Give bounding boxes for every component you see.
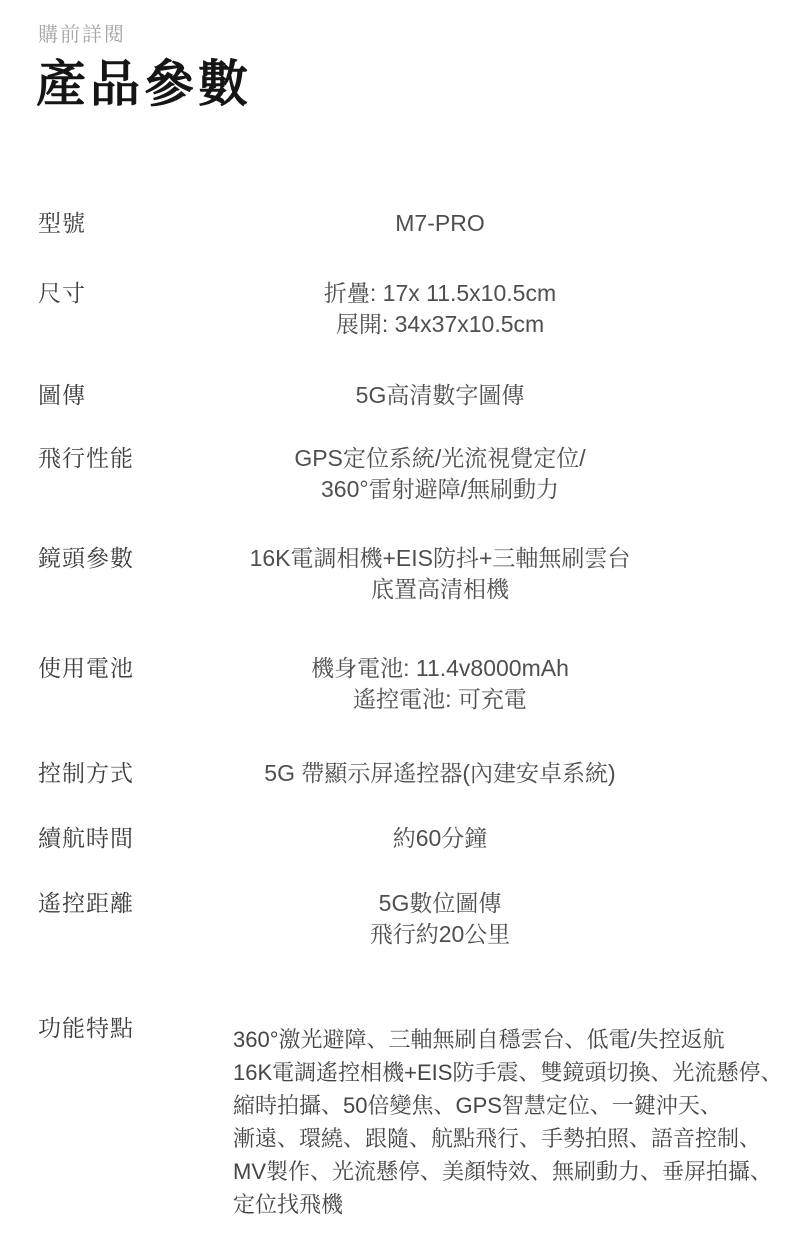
spec-row-control: 控制方式 5G 帶顯示屏遙控器(內建安卓系統) (38, 758, 720, 789)
spec-value: 約60分鐘 (160, 823, 720, 854)
spec-value-line: 約60分鐘 (160, 823, 720, 854)
spec-value: 機身電池: 11.4v8000mAh 遙控電池: 可充電 (160, 653, 720, 715)
spec-row-dimensions: 尺寸 折疊: 17x 11.5x10.5cm 展開: 34x37x10.5cm (38, 278, 720, 340)
spec-label: 鏡頭參數 (38, 543, 160, 574)
spec-value-line: M7-PRO (160, 208, 720, 239)
spec-value-line: 機身電池: 11.4v8000mAh (160, 653, 720, 684)
spec-value: 折疊: 17x 11.5x10.5cm 展開: 34x37x10.5cm (160, 278, 720, 340)
spec-label: 尺寸 (38, 278, 160, 309)
spec-row-flight-performance: 飛行性能 GPS定位系統/光流視覺定位/ 360°雷射避障/無刷動力 (38, 443, 720, 505)
spec-label: 圖傳 (38, 380, 160, 411)
spec-label: 功能特點 (38, 1013, 160, 1044)
spec-value-line: 5G高清數字圖傳 (160, 380, 720, 411)
spec-row-endurance: 續航時間 約60分鐘 (38, 823, 720, 854)
spec-value-line: 5G 帶顯示屏遙控器(內建安卓系統) (160, 758, 720, 789)
spec-value: 5G數位圖傳 飛行約20公里 (160, 888, 720, 950)
spec-value: 5G 帶顯示屏遙控器(內建安卓系統) (160, 758, 720, 789)
features-line: 16K電調遙控相機+EIS防手震、雙鏡頭切換、光流懸停、 (233, 1056, 782, 1089)
spec-row-model: 型號 M7-PRO (38, 208, 720, 239)
features-line: 漸遠、環繞、跟隨、航點飛行、手勢拍照、語音控制、 (233, 1122, 782, 1155)
product-spec-page: 購前詳閱 產品參數 型號 M7-PRO 尺寸 折疊: 17x 11.5x10.5… (0, 0, 790, 1256)
spec-value: 16K電調相機+EIS防抖+三軸無刷雲台 底置高清相機 (160, 543, 720, 605)
spec-label: 控制方式 (38, 758, 160, 789)
spec-value-line: 底置高清相機 (160, 574, 720, 605)
spec-value-line: 折疊: 17x 11.5x10.5cm (160, 278, 720, 309)
spec-value-line: 飛行約20公里 (160, 919, 720, 950)
spec-row-range: 遙控距離 5G數位圖傳 飛行約20公里 (38, 888, 720, 950)
spec-label: 型號 (38, 208, 160, 239)
features-line: MV製作、光流懸停、美顏特效、無刷動力、垂屏拍攝、 (233, 1155, 782, 1188)
spec-label: 使用電池 (38, 653, 160, 684)
spec-row-camera: 鏡頭參數 16K電調相機+EIS防抖+三軸無刷雲台 底置高清相機 (38, 543, 720, 605)
spec-label: 飛行性能 (38, 443, 160, 474)
features-line: 縮時拍攝、50倍變焦、GPS智慧定位、一鍵沖天、 (233, 1089, 782, 1122)
spec-value-line: GPS定位系統/光流視覺定位/ (160, 443, 720, 474)
spec-value-line: 360°雷射避障/無刷動力 (160, 474, 720, 505)
spec-value: GPS定位系統/光流視覺定位/ 360°雷射避障/無刷動力 (160, 443, 720, 505)
spec-label: 遙控距離 (38, 888, 160, 919)
features-line: 360°激光避障、三軸無刷自穩雲台、低電/失控返航 (233, 1023, 782, 1056)
spec-value-line: 16K電調相機+EIS防抖+三軸無刷雲台 (160, 543, 720, 574)
spec-value-line: 遙控電池: 可充電 (160, 684, 720, 715)
spec-value: M7-PRO (160, 208, 720, 239)
spec-value-line: 5G數位圖傳 (160, 888, 720, 919)
spec-row-transmission: 圖傳 5G高清數字圖傳 (38, 380, 720, 411)
pre-title: 購前詳閱 (38, 22, 126, 48)
features-line: 定位找飛機 (233, 1188, 782, 1221)
features-text: 360°激光避障、三軸無刷自穩雲台、低電/失控返航 16K電調遙控相機+EIS防… (233, 1023, 782, 1221)
spec-row-features: 功能特點 360°激光避障、三軸無刷自穩雲台、低電/失控返航 16K電調遙控相機… (38, 1013, 745, 1221)
spec-value: 5G高清數字圖傳 (160, 380, 720, 411)
page-title: 產品參數 (36, 54, 252, 114)
spec-row-battery: 使用電池 機身電池: 11.4v8000mAh 遙控電池: 可充電 (38, 653, 720, 715)
spec-value-line: 展開: 34x37x10.5cm (160, 309, 720, 340)
spec-label: 續航時間 (38, 823, 160, 854)
